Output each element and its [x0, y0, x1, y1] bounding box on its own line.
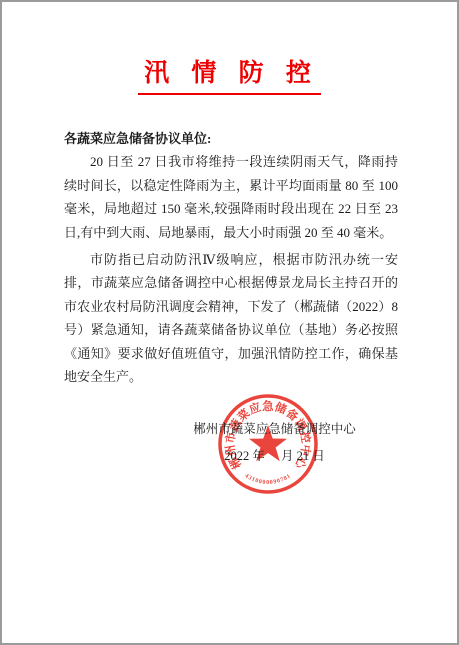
- document-page: 汛 情 防 控 各蔬菜应急储备协议单位: 20 日至 27 日我市将维持一段连续…: [0, 0, 459, 645]
- signature-block: 郴州市蔬菜应急储备调控中心 2022 年月 21 日: [182, 419, 367, 464]
- salutation-line: 各蔬菜应急储备协议单位:: [64, 127, 398, 150]
- document-title: 汛 情 防 控: [138, 60, 321, 95]
- signature-date-year: 2022 年: [224, 449, 265, 463]
- body-paragraph-1: 20 日至 27 日我市将维持一段连续阴雨天气，降雨持续时间长，以稳定性降雨为主…: [64, 150, 398, 244]
- document-body: 各蔬菜应急储备协议单位: 20 日至 27 日我市将维持一段连续阴雨天气，降雨持…: [64, 127, 398, 388]
- body-paragraph-2: 市防指已启动防汛Ⅳ级响应，根据市防汛办统一安排，市蔬菜应急储备调控中心根据傅景龙…: [64, 248, 398, 388]
- title-row: 汛 情 防 控: [2, 60, 457, 95]
- signature-date-day: 月 21 日: [281, 449, 325, 463]
- signature-org-name: 郴州市蔬菜应急储备调控中心: [182, 419, 367, 437]
- seal-serial-holder: 4310000090781: [244, 473, 293, 486]
- seal-serial-number: 4310000090781: [244, 473, 293, 486]
- signature-date: 2022 年月 21 日: [182, 446, 367, 464]
